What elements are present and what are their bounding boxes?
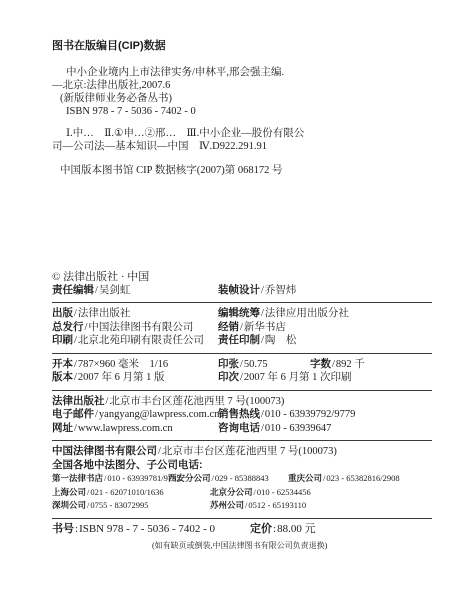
field-value: www.lawpress.com.cn: [78, 423, 173, 434]
field-value: 010 - 63939792/9779: [265, 409, 355, 420]
distribution-row: 总发行/中国法律图书有限公司 经销/新华书店: [52, 321, 432, 335]
press-address-field: 法律出版社/北京市丰台区莲花池西里 7 号(100073): [52, 395, 284, 409]
divider: [52, 353, 432, 354]
series-line: (新版律师业务必备丛书): [52, 92, 432, 105]
website-row: 网址/www.lawpress.com.cn 咨询电话/010 - 639396…: [52, 422, 432, 436]
field-value: yangyang@lawpress.com.cn: [99, 409, 219, 420]
branch-field: 第一法律书店/010 - 63939781/9782: [52, 472, 168, 486]
field-value: 法律应用出版分社: [265, 308, 349, 319]
field-value: 吴剑虹: [99, 285, 131, 296]
staff-row: 责任编辑/吴剑虹 装帧设计/乔智炜: [52, 284, 432, 297]
field-label: 销售热线: [218, 408, 260, 420]
branch-field: 重庆公司/023 - 65382816/2908: [288, 472, 400, 486]
field-label: 深圳公司: [52, 500, 86, 510]
field-label: 印张: [218, 358, 239, 370]
email-field: 电子邮件/yangyang@lawpress.com.cn: [52, 408, 218, 422]
field-label: 网址: [52, 422, 73, 434]
field-label: 印次: [218, 371, 239, 383]
field-label: 定价: [250, 523, 272, 535]
cip-description: 中小企业境内上市法律实务/申林平,邢会强主编. —北京:法律出版社,2007.6…: [52, 66, 432, 118]
cip-section: 图书在版编目(CIP)数据 中小企业境内上市法律实务/申林平,邢会强主编. —北…: [52, 40, 432, 177]
field-label: 第一法律书店: [52, 473, 103, 483]
field-value: 50.75: [244, 359, 268, 370]
publishing-block: 出版/法律出版社 编辑统筹/法律应用出版分社 总发行/中国法律图书有限公司 经销…: [52, 307, 432, 348]
field-value: 0512 - 65193110: [248, 500, 306, 510]
sheets-field: 印张/50.75: [218, 358, 310, 372]
field-value: 乔智炜: [265, 285, 297, 296]
field-value: 023 - 65382816/2908: [326, 473, 399, 483]
divider: [52, 518, 432, 519]
field-label: 苏州公司: [210, 500, 244, 510]
printing-row: 印刷/北京北苑印刷有限责任公司 责任印制/陶 松: [52, 334, 432, 348]
book-copyright-page: 图书在版编目(CIP)数据 中小企业境内上市法律实务/申林平,邢会强主编. —北…: [0, 0, 468, 612]
website-field: 网址/www.lawpress.com.cn: [52, 422, 218, 436]
field-value: 新华书店: [244, 322, 286, 333]
designer-field: 装帧设计/乔智炜: [218, 284, 296, 297]
publisher-field: 出版/法律出版社: [52, 307, 218, 321]
sales-hotline-field: 销售热线/010 - 63939792/9779: [218, 408, 355, 422]
cip-heading: 图书在版编目(CIP)数据: [52, 40, 432, 53]
field-value: 892 千: [336, 359, 365, 370]
field-label: 电子邮件: [52, 408, 94, 420]
inquiry-phone-field: 咨询电话/010 - 63939647: [218, 422, 331, 436]
format-block: 开本/787×960 毫米 1/16 印张/50.75 字数/892 千 版本/…: [52, 358, 432, 385]
classification-line-1: Ⅰ.中… Ⅱ.①申…②邢… Ⅲ.中小企业—股份有限公: [52, 127, 432, 140]
field-label: 出版: [52, 307, 73, 319]
editor-field: 责任编辑/吴剑虹: [52, 284, 218, 297]
field-label: 重庆公司: [288, 473, 322, 483]
branch-field: 深圳公司/0755 - 83072995: [52, 499, 210, 513]
field-label: 书号: [52, 523, 74, 535]
print-supervisor-field: 责任印制/陶 松: [218, 334, 296, 348]
field-value: 法律出版社: [78, 308, 131, 319]
edition-row: 版本/2007 年 6 月第 1 版 印次/2007 年 6 月第 1 次印刷: [52, 371, 432, 385]
press-address-row: 法律出版社/北京市丰台区莲花池西里 7 号(100073): [52, 395, 432, 409]
field-label: 责任印制: [218, 334, 260, 346]
edition-field: 版本/2007 年 6 月第 1 版: [52, 371, 218, 385]
format-row: 开本/787×960 毫米 1/16 印张/50.75 字数/892 千: [52, 358, 432, 372]
email-row: 电子邮件/yangyang@lawpress.com.cn 销售热线/010 -…: [52, 408, 432, 422]
field-value: 北京市丰台区莲花池西里 7 号(100073): [109, 396, 284, 407]
publisher-row: 出版/法律出版社 编辑统筹/法律应用出版分社: [52, 307, 432, 321]
copyright-notice: © 法律出版社 · 中国: [52, 271, 432, 284]
divider: [52, 440, 432, 441]
field-value: 010 - 63939647: [265, 423, 332, 434]
field-label: 上海公司: [52, 487, 86, 497]
field-value: 021 - 62071010/1636: [90, 487, 163, 497]
branch-row: 第一法律书店/010 - 63939781/9782 西安分公司/029 - 8…: [52, 472, 432, 486]
field-value: 010 - 62534456: [257, 487, 311, 497]
field-label: 印刷: [52, 334, 73, 346]
book-title-line: 中小企业境内上市法律实务/申林平,邢会强主编.: [52, 66, 432, 79]
branch-phones-heading: 全国各地中法图分、子公司电话:: [52, 459, 432, 473]
field-value: 北京市丰台区莲花池西里 7 号(100073): [162, 446, 337, 457]
branch-phone-list: 第一法律书店/010 - 63939781/9782 西安分公司/029 - 8…: [52, 472, 432, 513]
field-value: 0755 - 83072995: [90, 500, 148, 510]
branch-row: 深圳公司/0755 - 83072995 苏州公司/0512 - 6519311…: [52, 499, 432, 513]
general-distributor-field: 总发行/中国法律图书有限公司: [52, 321, 218, 335]
word-count-field: 字数/892 千: [310, 358, 365, 372]
isbn-price-row: 书号:ISBN 978 - 7 - 5036 - 7402 - 0 定价:88.…: [52, 523, 432, 536]
field-label: 编辑统筹: [218, 307, 260, 319]
field-label: 责任编辑: [52, 284, 94, 296]
retailer-field: 经销/新华书店: [218, 321, 286, 335]
field-label: 中国法律图书有限公司: [52, 445, 157, 457]
branch-field: 西安分公司/029 - 85388843: [168, 472, 288, 486]
branch-field: 上海公司/021 - 62071010/1636: [52, 486, 210, 500]
field-label: 经销: [218, 321, 239, 333]
field-value: ISBN 978 - 7 - 5036 - 7402 - 0: [79, 523, 215, 535]
branch-field: 苏州公司/0512 - 65193110: [210, 499, 306, 513]
printer-field: 印刷/北京北苑印刷有限责任公司: [52, 334, 218, 348]
cip-record-number: 中国版本图书馆 CIP 数据核字(2007)第 068172 号: [52, 164, 432, 177]
press-contact-block: 法律出版社/北京市丰台区莲花池西里 7 号(100073) 电子邮件/yangy…: [52, 395, 432, 436]
trim-size-field: 开本/787×960 毫米 1/16: [52, 358, 218, 372]
divider: [52, 390, 432, 391]
field-label: 北京分公司: [210, 487, 253, 497]
distributor-address-row: 中国法律图书有限公司/北京市丰台区莲花池西里 7 号(100073): [52, 445, 432, 459]
distributor-block: 中国法律图书有限公司/北京市丰台区莲花池西里 7 号(100073) 全国各地中…: [52, 445, 432, 513]
divider: [52, 302, 432, 303]
editorial-coordinator-field: 编辑统筹/法律应用出版分社: [218, 307, 349, 321]
field-value: 88.00 元: [277, 523, 316, 535]
cip-classification: Ⅰ.中… Ⅱ.①申…②邢… Ⅲ.中小企业—股份有限公 司—公司法—基本知识—中国…: [52, 127, 432, 153]
branch-field: 北京分公司/010 - 62534456: [210, 486, 311, 500]
classification-line-2: 司—公司法—基本知识—中国 Ⅳ.D922.291.91: [52, 140, 432, 153]
field-label: 字数: [310, 358, 331, 370]
field-value: 787×960 毫米 1/16: [78, 359, 168, 370]
field-label: 装帧设计: [218, 284, 260, 296]
field-value: 中国法律图书有限公司: [88, 322, 193, 333]
distributor-address-field: 中国法律图书有限公司/北京市丰台区莲花池西里 7 号(100073): [52, 445, 337, 459]
field-value: 2007 年 6 月第 1 版: [78, 372, 165, 383]
field-value: 北京北苑印刷有限责任公司: [78, 335, 204, 346]
field-label: 咨询电话: [218, 422, 260, 434]
price-field: 定价:88.00 元: [250, 523, 316, 536]
replacement-note: (如有缺页或倒装,中国法律图书有限公司负责退换): [152, 539, 432, 552]
publisher-line: —北京:法律出版社,2007.6: [52, 79, 432, 92]
field-value: 029 - 85388843: [215, 473, 269, 483]
field-label: 西安分公司: [168, 473, 211, 483]
isbn-line: ISBN 978 - 7 - 5036 - 7402 - 0: [52, 105, 432, 118]
book-number-field: 书号:ISBN 978 - 7 - 5036 - 7402 - 0: [52, 523, 250, 536]
field-value: 2007 年 6 月第 1 次印刷: [244, 372, 352, 383]
field-label: 总发行: [52, 321, 84, 333]
field-value: 陶 松: [265, 335, 297, 346]
impression-field: 印次/2007 年 6 月第 1 次印刷: [218, 371, 352, 385]
branch-row: 上海公司/021 - 62071010/1636 北京分公司/010 - 625…: [52, 486, 432, 500]
footer-block: 书号:ISBN 978 - 7 - 5036 - 7402 - 0 定价:88.…: [52, 523, 432, 552]
field-label: 版本: [52, 371, 73, 383]
field-label: 开本: [52, 358, 73, 370]
field-label: 法律出版社: [52, 395, 105, 407]
